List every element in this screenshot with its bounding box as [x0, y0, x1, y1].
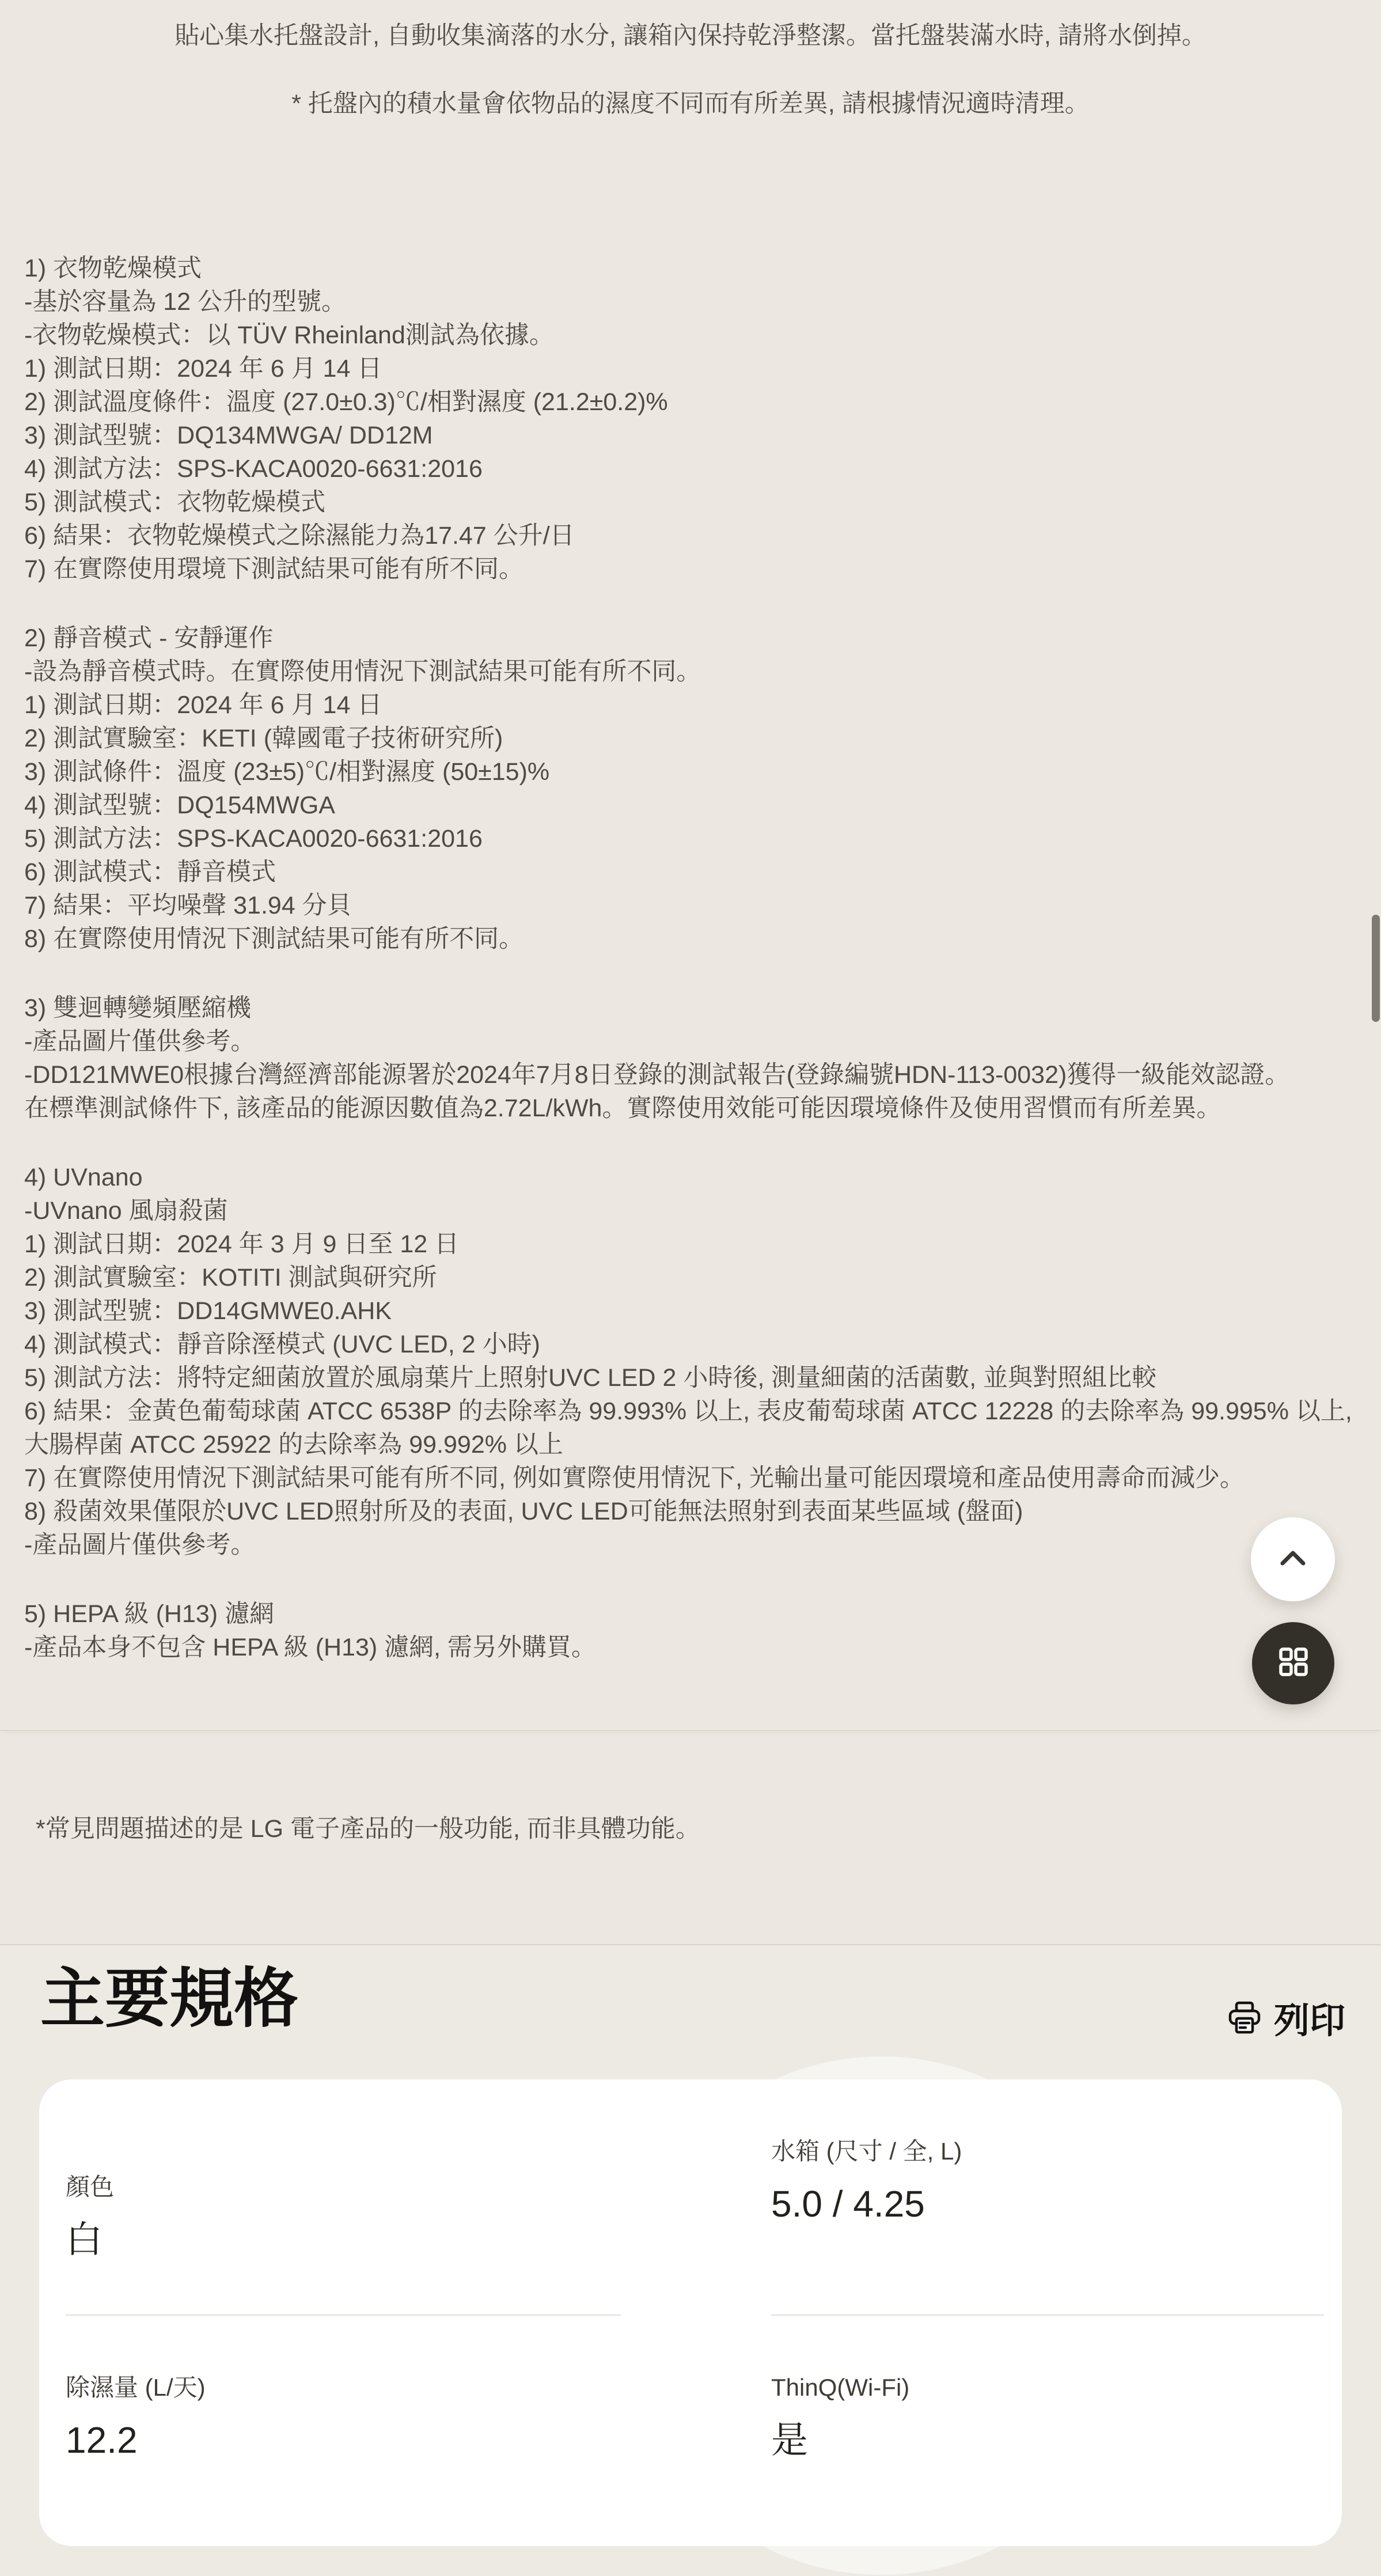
disclaimer-line: 2) 測試溫度條件：溫度 (27.0±0.3)℃/相對濕度 (21.2±0.2)… — [24, 385, 1361, 419]
disclaimer-line: 4) 測試方法：SPS-KACA0020-6631:2016 — [24, 452, 1361, 486]
disclaimer-line: 在標準測試條件下, 該產品的能源因數值為2.72L/kWh。實際使用效能可能因環… — [24, 1092, 1361, 1125]
disclaimer-line: -產品圖片僅供參考。 — [24, 1025, 1361, 1058]
print-button-label: 列印 — [1274, 1992, 1345, 2043]
printer-icon — [1226, 1999, 1264, 2037]
disclaimer-line: -DD121MWE0根據台灣經濟部能源署於2024年7月8日登錄的測試報告(登錄… — [24, 1058, 1361, 1092]
spec-cell: 水箱 (尺寸 / 全, L) 5.0 / 4.25 — [690, 2079, 1342, 2316]
disclaimer-line: 7) 結果：平均噪聲 31.94 分貝 — [24, 889, 1361, 922]
disclaimer-line: -產品本身不包含 HEPA 級 (H13) 濾網, 需另外購買。 — [24, 1631, 1361, 1664]
disclaimer-line: -UVnano 風扇殺菌 — [24, 1194, 1361, 1228]
spec-label: 水箱 (尺寸 / 全, L) — [771, 2137, 1342, 2166]
disclaimer-line: -基於容量為 12 公升的型號。 — [24, 285, 1361, 319]
grid-icon — [1277, 1646, 1310, 1681]
product-detail-page: 貼心集水托盤設計, 自動收集滴落的水分, 讓箱內保持乾淨整潔。當托盤裝滿水時, … — [0, 0, 1381, 2576]
disclaimer-line: 5) 測試方法：將特定細菌放置於風扇葉片上照射UVC LED 2 小時後, 測量… — [24, 1361, 1361, 1395]
quick-menu-button[interactable] — [1252, 1622, 1334, 1704]
disclaimer-line: 4) UVnano — [24, 1161, 1361, 1194]
tray-design-note: 貼心集水托盤設計, 自動收集滴落的水分, 讓箱內保持乾淨整潔。當托盤裝滿水時, … — [0, 19, 1381, 52]
disclaimer-line: 4) 測試模式：靜音除溼模式 (UVC LED, 2 小時) — [24, 1328, 1361, 1361]
spec-value: 白 — [66, 2219, 690, 2261]
disclaimer-line: -設為靜音模式時。在實際使用情況下測試結果可能有所不同。 — [24, 655, 1361, 688]
disclaimer-line: 1) 測試日期：2024 年 3 月 9 日至 12 日 — [24, 1228, 1361, 1261]
spec-cell: ThinQ(Wi-Fi) 是 — [690, 2316, 1342, 2546]
print-button[interactable]: 列印 — [1226, 1992, 1345, 2043]
disclaimer-line: 2) 測試實驗室：KETI (韓國電子技術研究所) — [24, 722, 1361, 755]
disclaimer-line: 4) 測試型號：DQ154MWGA — [24, 789, 1361, 822]
disclaimer-line: 3) 測試型號：DQ134MWGA/ DD12M — [24, 419, 1361, 452]
disclaimer-line: 5) 測試方法：SPS-KACA0020-6631:2016 — [24, 822, 1361, 855]
disclaimer-line: -產品圖片僅供參考。 — [24, 1528, 1361, 1562]
spec-cell: 顏色 白 — [39, 2079, 690, 2316]
faq-general-note: *常見問題描述的是 LG 電子產品的一般功能, 而非具體功能。 — [36, 1812, 700, 1846]
disclaimer-line: 7) 在實際使用環境下測試結果可能有所不同。 — [24, 552, 1361, 586]
spec-label: 顏色 — [66, 2173, 690, 2202]
disclaimer-line: 2) 靜音模式 - 安靜運作 — [24, 622, 1361, 655]
disclaimer-line: 2) 測試實驗室：KOTITI 測試與研究所 — [24, 1261, 1361, 1294]
spec-value: 是 — [771, 2419, 1342, 2462]
disclaimer-line: 8) 殺菌效果僅限於UVC LED照射所及的表面, UVC LED可能無法照射到… — [24, 1495, 1361, 1528]
disclaimer-line: -衣物乾燥模式：以 TÜV Rheinland測試為依據。 — [24, 319, 1361, 352]
spec-label: 除濕量 (L/天) — [66, 2373, 690, 2402]
disclaimer-line: 5) HEPA 級 (H13) 濾網 — [24, 1597, 1361, 1631]
spec-label: ThinQ(Wi-Fi) — [771, 2373, 1342, 2402]
disclaimer-line: 7) 在實際使用情況下測試結果可能有所不同, 例如實際使用情況下, 光輸出量可能… — [24, 1461, 1361, 1495]
spec-cell: 除濕量 (L/天) 12.2 — [39, 2316, 690, 2546]
disclaimer-line: 3) 雙迴轉變頻壓縮機 — [24, 991, 1361, 1025]
spec-section-title: 主要規格 — [40, 1958, 298, 2039]
scroll-to-top-button[interactable] — [1251, 1517, 1335, 1601]
disclaimer-scroll-panel: 貼心集水托盤設計, 自動收集滴落的水分, 讓箱內保持乾淨整潔。當托盤裝滿水時, … — [0, 0, 1381, 1731]
disclaimer-line: 1) 衣物乾燥模式 — [24, 252, 1361, 285]
disclaimer-line: 3) 測試型號：DD14GMWE0.AHK — [24, 1294, 1361, 1328]
tray-water-note: * 托盤內的積水量會依物品的濕度不同而有所差異, 請根據情況適時清理。 — [0, 87, 1381, 120]
disclaimer-list: 1) 衣物乾燥模式 -基於容量為 12 公升的型號。 -衣物乾燥模式：以 TÜV… — [24, 252, 1361, 1664]
spec-value: 12.2 — [66, 2419, 690, 2462]
disclaimer-line: 5) 測試模式：衣物乾燥模式 — [24, 486, 1361, 519]
disclaimer-line: 1) 測試日期：2024 年 6 月 14 日 — [24, 688, 1361, 722]
spec-value: 5.0 / 4.25 — [771, 2183, 1342, 2226]
disclaimer-line: 1) 測試日期：2024 年 6 月 14 日 — [24, 352, 1361, 385]
disclaimer-line: 6) 結果：衣物乾燥模式之除濕能力為17.47 公升/日 — [24, 519, 1361, 552]
disclaimer-line: 3) 測試條件：溫度 (23±5)℃/相對濕度 (50±15)% — [24, 755, 1361, 789]
disclaimer-line: 6) 測試模式：靜音模式 — [24, 855, 1361, 889]
disclaimer-line: 8) 在實際使用情況下測試結果可能有所不同。 — [24, 922, 1361, 956]
spec-card: 顏色 白 水箱 (尺寸 / 全, L) 5.0 / 4.25 除濕量 (L/天)… — [39, 2079, 1342, 2546]
chevron-up-icon — [1274, 1539, 1312, 1580]
disclaimer-line: 6) 結果：金黃色葡萄球菌 ATCC 6538P 的去除率為 99.993% 以… — [24, 1395, 1361, 1461]
scrollbar-thumb[interactable] — [1372, 915, 1380, 1022]
